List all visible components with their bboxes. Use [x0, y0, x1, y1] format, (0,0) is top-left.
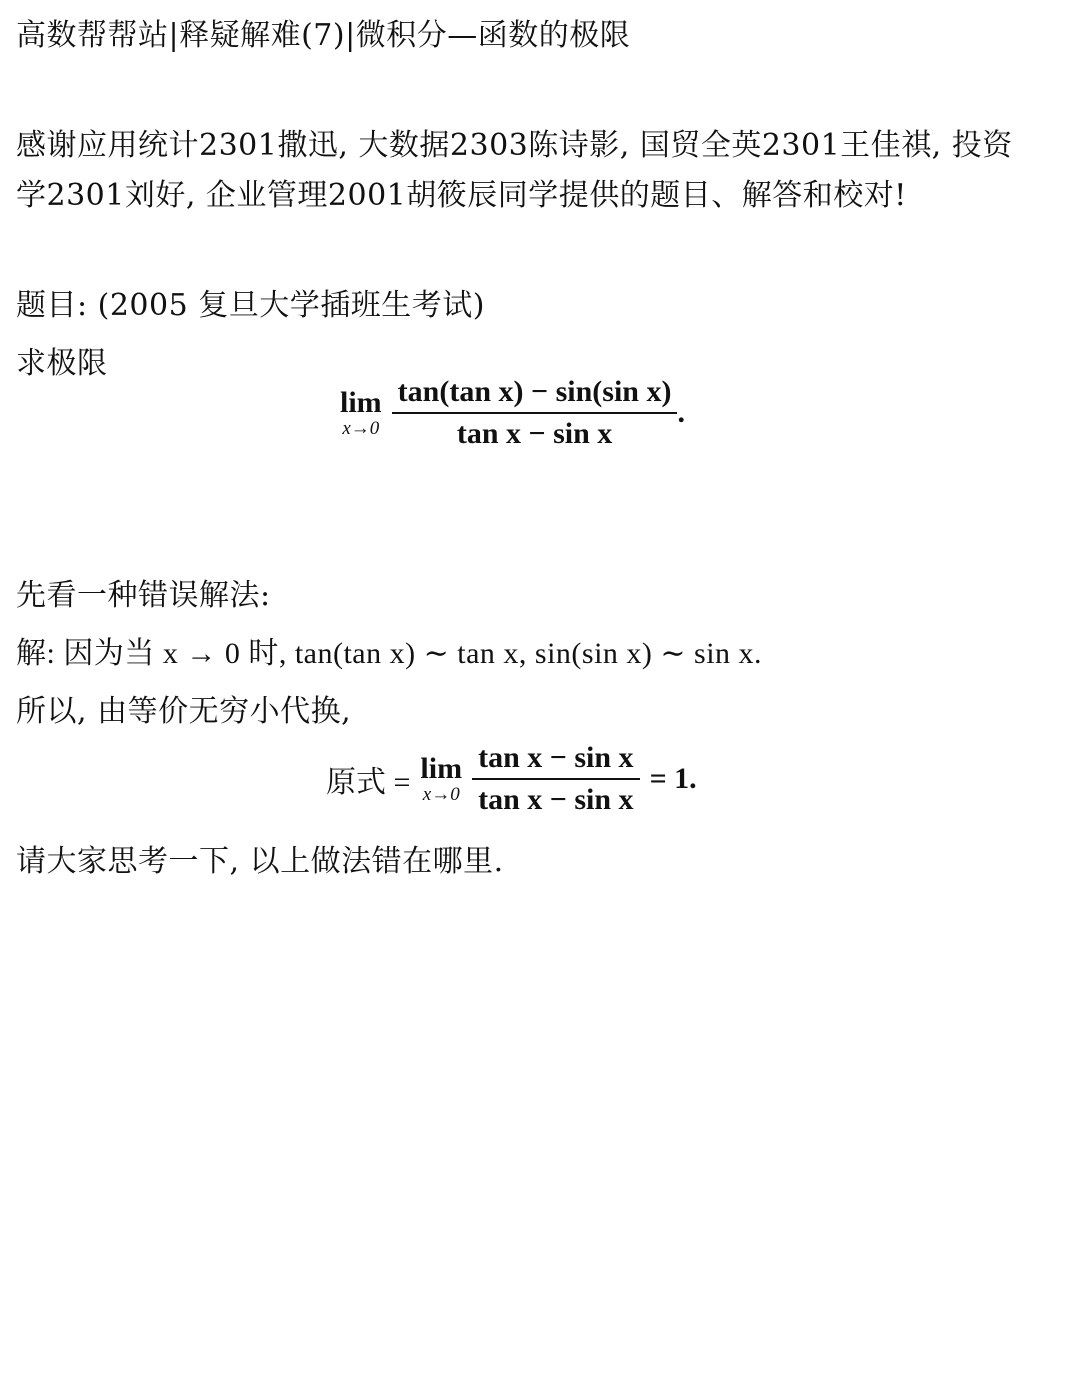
acknowledgement-line-2: 学2301刘好, 企业管理2001胡筱辰同学提供的题目、解答和校对!	[16, 176, 907, 216]
lim-word: lim	[340, 387, 382, 419]
lim-word: lim	[420, 753, 462, 785]
acknowledgement-line-1: 感谢应用统计2301撒迅, 大数据2303陈诗影, 国贸全英2301王佳祺, 投…	[16, 126, 1013, 166]
fraction: tan x − sin x tan x − sin x	[472, 738, 639, 820]
wrong-solution-step-1: 解: 因为当 x → 0 时, tan(tan x) ∼ tan x, sin(…	[16, 634, 762, 674]
problem-instruction: 求极限	[16, 344, 108, 384]
denominator: tan x − sin x	[472, 780, 639, 820]
wrong-solution-formula: 原式 = lim x→0 tan x − sin x tan x − sin x…	[326, 738, 697, 820]
fraction: tan(tan x) − sin(sin x) tan x − sin x	[392, 372, 678, 454]
wrong-solution-intro: 先看一种错误解法:	[16, 576, 271, 616]
formula-period: .	[677, 396, 685, 430]
limit-operator: lim x→0	[420, 753, 462, 805]
problem-formula: lim x→0 tan(tan x) − sin(sin x) tan x − …	[340, 372, 685, 454]
lim-subscript: x→0	[342, 419, 379, 439]
numerator: tan x − sin x	[472, 738, 639, 778]
problem-label: 题目: (2005 复旦大学插班生考试)	[16, 286, 485, 326]
numerator: tan(tan x) − sin(sin x)	[392, 372, 678, 412]
denominator: tan x − sin x	[451, 414, 618, 454]
wrong-solution-step-2: 所以, 由等价无穷小代换,	[16, 692, 351, 732]
lim-subscript: x→0	[423, 785, 460, 805]
formula-result: = 1.	[650, 762, 697, 796]
formula-prefix: 原式 =	[326, 757, 410, 801]
limit-operator: lim x→0	[340, 387, 382, 439]
page-title: 高数帮帮站|释疑解难(7)|微积分—函数的极限	[16, 16, 630, 56]
wrong-solution-question: 请大家思考一下, 以上做法错在哪里.	[16, 842, 504, 882]
